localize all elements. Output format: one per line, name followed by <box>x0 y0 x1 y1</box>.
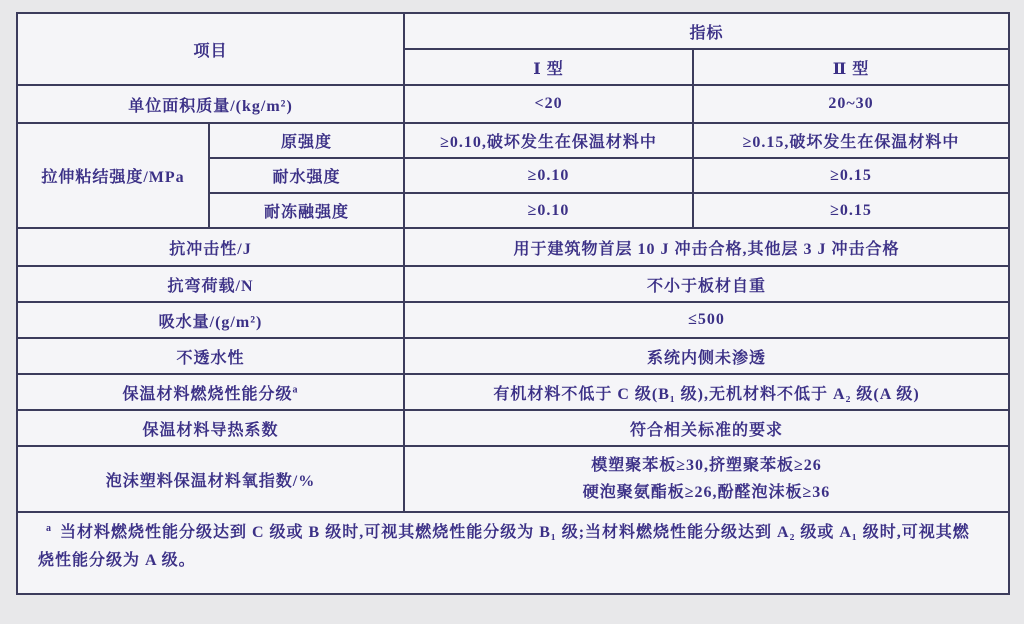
impermeability-value: 系统内侧未渗透 <box>404 338 1009 374</box>
unit-mass-type2: 20~30 <box>693 85 1009 123</box>
row-unit-mass: 单位面积质量/(kg/m²) <20 20~30 <box>17 85 1009 123</box>
tensile-original-type2: ≥0.15,破坏发生在保温材料中 <box>693 123 1009 158</box>
spec-table: 项目 指标 Ⅰ 型 Ⅱ 型 单位面积质量/(kg/m²) <20 20~30 拉… <box>16 12 1010 595</box>
footnote-cell: a当材料燃烧性能分级达到 C 级或 B 级时,可视其燃烧性能分级为 B₁ 级;当… <box>17 512 1009 594</box>
oxygen-index-value-line2: 硬泡聚氨酯板≥26,酚醛泡沫板≥36 <box>409 479 1004 506</box>
tensile-freeze-label: 耐冻融强度 <box>209 193 404 228</box>
footnote-marker: a <box>46 523 52 534</box>
thermal-conductivity-value: 符合相关标准的要求 <box>404 410 1009 446</box>
water-absorption-label: 吸水量/(g/m²) <box>17 302 404 338</box>
tensile-original-label: 原强度 <box>209 123 404 158</box>
water-absorption-value: ≤500 <box>404 302 1009 338</box>
header-type2-cell: Ⅱ 型 <box>693 49 1009 85</box>
oxygen-index-value-cell: 模塑聚苯板≥30,挤塑聚苯板≥26 硬泡聚氨酯板≥26,酚醛泡沫板≥36 <box>404 446 1009 512</box>
bending-load-value: 不小于板材自重 <box>404 266 1009 302</box>
row-footnote: a当材料燃烧性能分级达到 C 级或 B 级时,可视其燃烧性能分级为 B₁ 级;当… <box>17 512 1009 594</box>
tensile-original-type1: ≥0.10,破坏发生在保温材料中 <box>404 123 693 158</box>
header-row-1: 项目 指标 <box>17 13 1009 49</box>
fire-rating-footnote-marker: a <box>293 384 299 395</box>
row-impact: 抗冲击性/J 用于建筑物首层 10 J 冲击合格,其他层 3 J 冲击合格 <box>17 228 1009 266</box>
impermeability-label: 不透水性 <box>17 338 404 374</box>
tensile-water-type2: ≥0.15 <box>693 158 1009 193</box>
bending-load-label: 抗弯荷载/N <box>17 266 404 302</box>
fire-rating-label: 保温材料燃烧性能分级 <box>123 386 293 403</box>
fire-rating-value: 有机材料不低于 C 级(B₁ 级),无机材料不低于 A₂ 级(A 级) <box>404 374 1009 410</box>
unit-mass-label: 单位面积质量/(kg/m²) <box>17 85 404 123</box>
row-tensile-original: 拉伸粘结强度/MPa 原强度 ≥0.10,破坏发生在保温材料中 ≥0.15,破坏… <box>17 123 1009 158</box>
tensile-water-label: 耐水强度 <box>209 158 404 193</box>
fire-rating-label-cell: 保温材料燃烧性能分级a <box>17 374 404 410</box>
row-water-absorption: 吸水量/(g/m²) ≤500 <box>17 302 1009 338</box>
tensile-freeze-type1: ≥0.10 <box>404 193 693 228</box>
oxygen-index-value-line1: 模塑聚苯板≥30,挤塑聚苯板≥26 <box>409 452 1004 479</box>
oxygen-index-label: 泡沫塑料保温材料氧指数/% <box>17 446 404 512</box>
row-bending-load: 抗弯荷载/N 不小于板材自重 <box>17 266 1009 302</box>
thermal-conductivity-label: 保温材料导热系数 <box>17 410 404 446</box>
header-type1-cell: Ⅰ 型 <box>404 49 693 85</box>
tensile-group-label: 拉伸粘结强度/MPa <box>17 123 209 228</box>
impact-label: 抗冲击性/J <box>17 228 404 266</box>
header-index-cell: 指标 <box>404 13 1009 49</box>
tensile-water-type1: ≥0.10 <box>404 158 693 193</box>
row-oxygen-index: 泡沫塑料保温材料氧指数/% 模塑聚苯板≥30,挤塑聚苯板≥26 硬泡聚氨酯板≥2… <box>17 446 1009 512</box>
header-item-cell: 项目 <box>17 13 404 85</box>
footnote-text: 当材料燃烧性能分级达到 C 级或 B 级时,可视其燃烧性能分级为 B₁ 级;当材… <box>38 524 970 569</box>
unit-mass-type1: <20 <box>404 85 693 123</box>
impact-value: 用于建筑物首层 10 J 冲击合格,其他层 3 J 冲击合格 <box>404 228 1009 266</box>
row-fire-rating: 保温材料燃烧性能分级a 有机材料不低于 C 级(B₁ 级),无机材料不低于 A₂… <box>17 374 1009 410</box>
tensile-freeze-type2: ≥0.15 <box>693 193 1009 228</box>
row-thermal-conductivity: 保温材料导热系数 符合相关标准的要求 <box>17 410 1009 446</box>
row-impermeability: 不透水性 系统内侧未渗透 <box>17 338 1009 374</box>
